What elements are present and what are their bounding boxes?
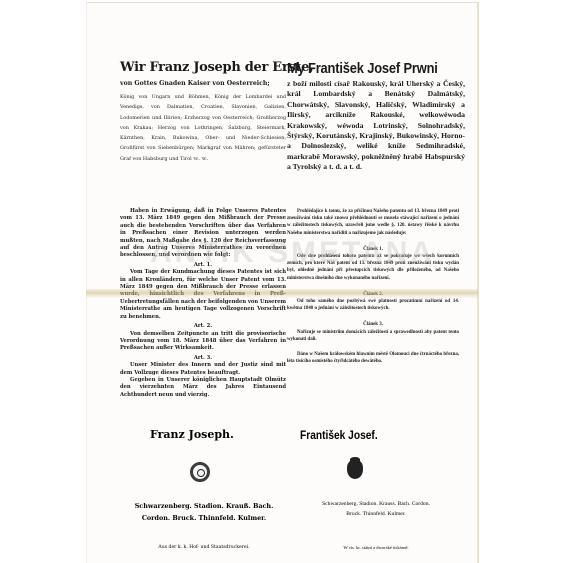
german-article-1-heading: Art. 1. [120,262,286,269]
german-ministers-line-1: Schwarzenberg. Stadion. Krauß. Bach. [120,500,288,512]
german-closing: Gegeben in Unserer königlichen Hauptstad… [120,377,286,399]
german-article-2-text: Von demselben Zeitpuncte an tritt die pr… [120,331,286,353]
czech-printer-note: W cís. kr. státní a dworské tiskárně. [290,545,462,550]
czech-article-2-heading: Článek 2. [287,291,459,298]
czech-closing: Dáno w Našem králowském hlawním městě Ol… [287,351,459,365]
german-article-3-heading: Art. 3. [120,355,286,362]
imperial-seal-icon [190,462,210,482]
german-title: Wir Franz Joseph der Erste, [120,60,282,75]
czech-preamble: Prohlédajíce k tomu, že za příčinou Naše… [287,208,459,237]
german-preamble: Haben in Erwägung, daß in Folge Unseres … [120,208,286,260]
czech-body: Prohlédajíce k tomu, že za příčinou Naše… [287,208,459,365]
german-article-2-heading: Art. 2. [120,323,286,330]
czech-article-3-text: Nařizuje se ministrům domácích záležitos… [287,329,459,343]
czech-title: My František Josef Prwni [287,60,442,77]
german-subtitle: von Gottes Gnaden Kaiser von Oesterreich… [120,80,288,87]
german-signature: Franz Joseph. [150,428,234,441]
czech-article-3-heading: Článek 3. [287,321,459,328]
imperial-crest-icon [347,460,363,479]
german-titles: König von Ungarn und Böhmen, König der L… [120,92,286,164]
czech-article-1-heading: Článek 1. [287,246,459,253]
czech-article-2-text: Od toho samého dne pozbýwá swé platnosti… [287,298,459,312]
czech-ministers-line-2: Bruck. Thinnfeld. Kulmer. [290,510,462,520]
german-ministers: Schwarzenberg. Stadion. Krauß. Bach. Cor… [120,500,288,524]
czech-article-1-text: Ode dne prohlášení tohoto patentu až se … [287,253,459,282]
czech-titles: z boží milosti císař Rakouský, král Uher… [287,79,465,173]
german-article-1-text: Vom Tage der Kundmachung dieses Patentes… [120,269,286,321]
german-article-3-text: Unser Minister des Innern und der Justiz… [120,362,286,377]
czech-ministers: Schwarzenberg. Stadion. Krauss. Bach. Co… [290,500,462,519]
czech-ministers-line-1: Schwarzenberg. Stadion. Krauss. Bach. Co… [290,500,462,510]
german-ministers-line-2: Cordon. Bruck. Thinnfeld. Kulmer. [120,512,288,524]
czech-signature: František Josef. [300,428,378,442]
german-body: Haben in Erwägung, daß in Folge Unseres … [120,208,286,399]
german-printer-note: Aus der k. k. Hof- und Staatsdruckerei. [120,545,288,550]
